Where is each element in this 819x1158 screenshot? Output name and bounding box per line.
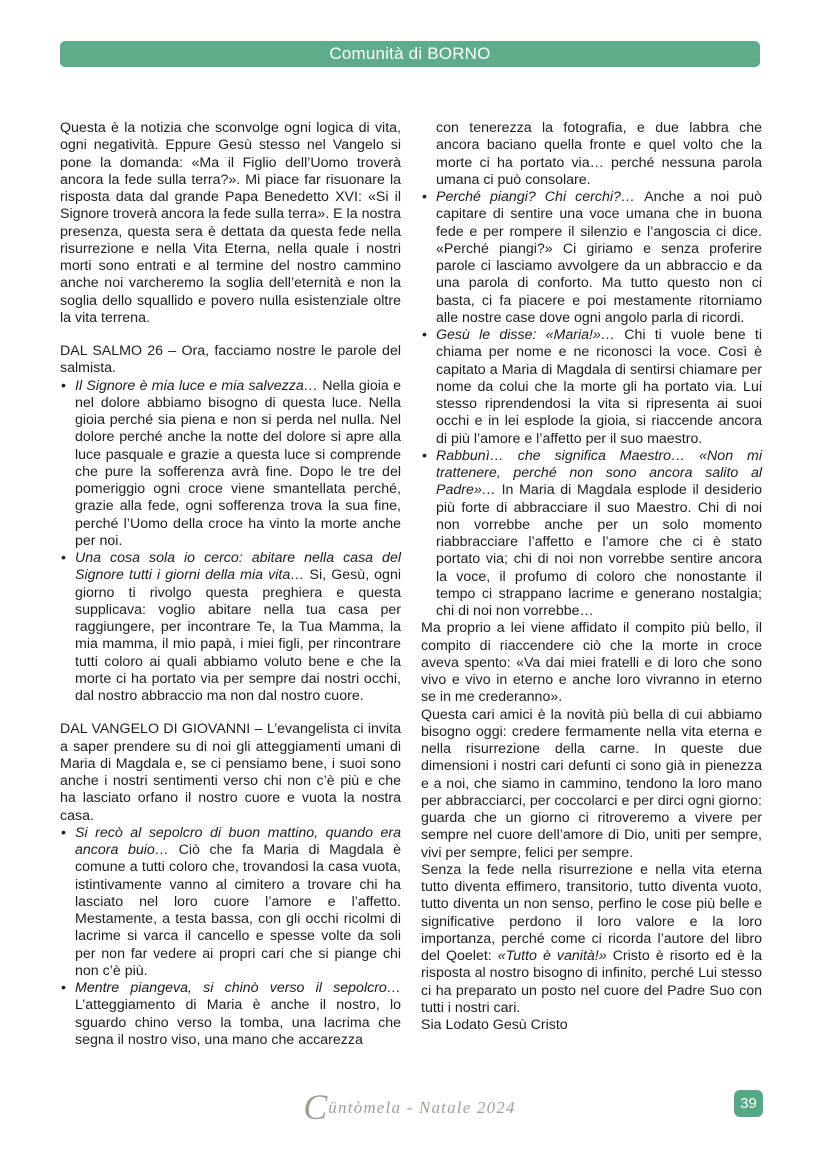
- italic-quote-run: «Tutto è vanità!»: [498, 948, 607, 964]
- text-run: Si, Gesù, ogni giorno ti rivolgo questa …: [75, 567, 401, 704]
- italic-quote-run: Gesù le disse: «Maria!»…: [436, 327, 624, 343]
- paragraph-gap: [60, 705, 401, 721]
- bullet-marker: •: [61, 550, 66, 567]
- text-run: L’atteggiamento di Maria è anche il nost…: [75, 997, 401, 1048]
- text-run: Ciò che fa Maria di Magdala è comune a t…: [75, 842, 401, 979]
- continued-paragraph: con tenerezza la fotografia, e due labbr…: [421, 120, 762, 189]
- paragraph: Ma proprio a lei viene affidato il compi…: [421, 620, 762, 706]
- bullet-marker: •: [422, 327, 427, 344]
- bullet-item: •Mentre piangeva, si chinò verso il sepo…: [60, 980, 401, 1049]
- bullet-marker: •: [422, 448, 427, 465]
- paragraph-gap: [60, 327, 401, 343]
- page-header-title: Comunità di BORNO: [329, 44, 490, 64]
- bullet-item: •Una cosa sola io cerco: abitare nella c…: [60, 550, 401, 705]
- text-run: DAL VANGELO DI GIOVANNI – L’evangelista …: [60, 721, 401, 823]
- paragraph: Sia Lodato Gesù Cristo: [421, 1017, 762, 1034]
- bullet-marker: •: [61, 378, 66, 395]
- bullet-item: •Rabbunì… che significa Maestro… «Non mi…: [421, 448, 762, 621]
- text-run: Ma proprio a lei viene affidato il compi…: [421, 620, 762, 705]
- newsletter-page: Comunità di BORNO Questa è la notizia ch…: [0, 0, 819, 1158]
- left-column: Questa è la notizia che sconvolge ogni l…: [60, 120, 401, 1049]
- bullet-marker: •: [61, 825, 66, 842]
- text-run: con tenerezza la fotografia, e due labbr…: [436, 120, 762, 188]
- paragraph: DAL VANGELO DI GIOVANNI – L’evangelista …: [60, 721, 401, 825]
- magazine-initial: C: [303, 1087, 327, 1127]
- text-run: In Maria di Magdala esplode il desiderio…: [436, 482, 762, 619]
- text-run: Sia Lodato Gesù Cristo: [421, 1017, 568, 1033]
- magazine-title-issue: üntòmela - Natale 2024: [328, 1098, 515, 1117]
- text-run: Anche a noi può capitare di sentire una …: [436, 189, 762, 326]
- paragraph: Senza la fede nella risurrezione e nella…: [421, 862, 762, 1017]
- bullet-item: •Gesù le disse: «Maria!»… Chi ti vuole b…: [421, 327, 762, 448]
- bullet-marker: •: [61, 980, 66, 997]
- bullet-item: •Il Signore è mia luce e mia salvezza… N…: [60, 378, 401, 551]
- paragraph: Questa cari amici è la novità più bella …: [421, 707, 762, 862]
- text-run: Questa cari amici è la novità più bella …: [421, 707, 762, 861]
- magazine-footer: Cüntòmela - Natale 2024: [0, 1086, 819, 1128]
- italic-quote-run: Perché piangi? Chi cerchi?…: [436, 189, 644, 205]
- right-column: con tenerezza la fotografia, e due labbr…: [421, 120, 762, 1049]
- italic-quote-run: Mentre piangeva, si chinò verso il sepol…: [75, 980, 401, 996]
- paragraph: DAL SALMO 26 – Ora, facciamo nostre le p…: [60, 343, 401, 378]
- text-run: Nella gioia e nel dolore abbiamo bisogno…: [75, 378, 401, 549]
- bullet-item: •Perché piangi? Chi cerchi?… Anche a noi…: [421, 189, 762, 327]
- page-number: 39: [740, 1095, 757, 1112]
- bullet-item: •Si recò al sepolcro di buon mattino, qu…: [60, 825, 401, 980]
- page-number-badge: 39: [734, 1090, 763, 1117]
- page-header-banner: Comunità di BORNO: [60, 41, 760, 67]
- text-run: Questa è la notizia che sconvolge ogni l…: [60, 120, 401, 326]
- italic-quote-run: Il Signore è mia luce e mia salvezza…: [75, 378, 322, 394]
- text-run: DAL SALMO 26 – Ora, facciamo nostre le p…: [60, 343, 401, 376]
- paragraph: Questa è la notizia che sconvolge ogni l…: [60, 120, 401, 327]
- article-body: Questa è la notizia che sconvolge ogni l…: [60, 120, 762, 1049]
- text-run: Chi ti vuole bene ti chiama per nome e n…: [436, 327, 762, 447]
- bullet-marker: •: [422, 189, 427, 206]
